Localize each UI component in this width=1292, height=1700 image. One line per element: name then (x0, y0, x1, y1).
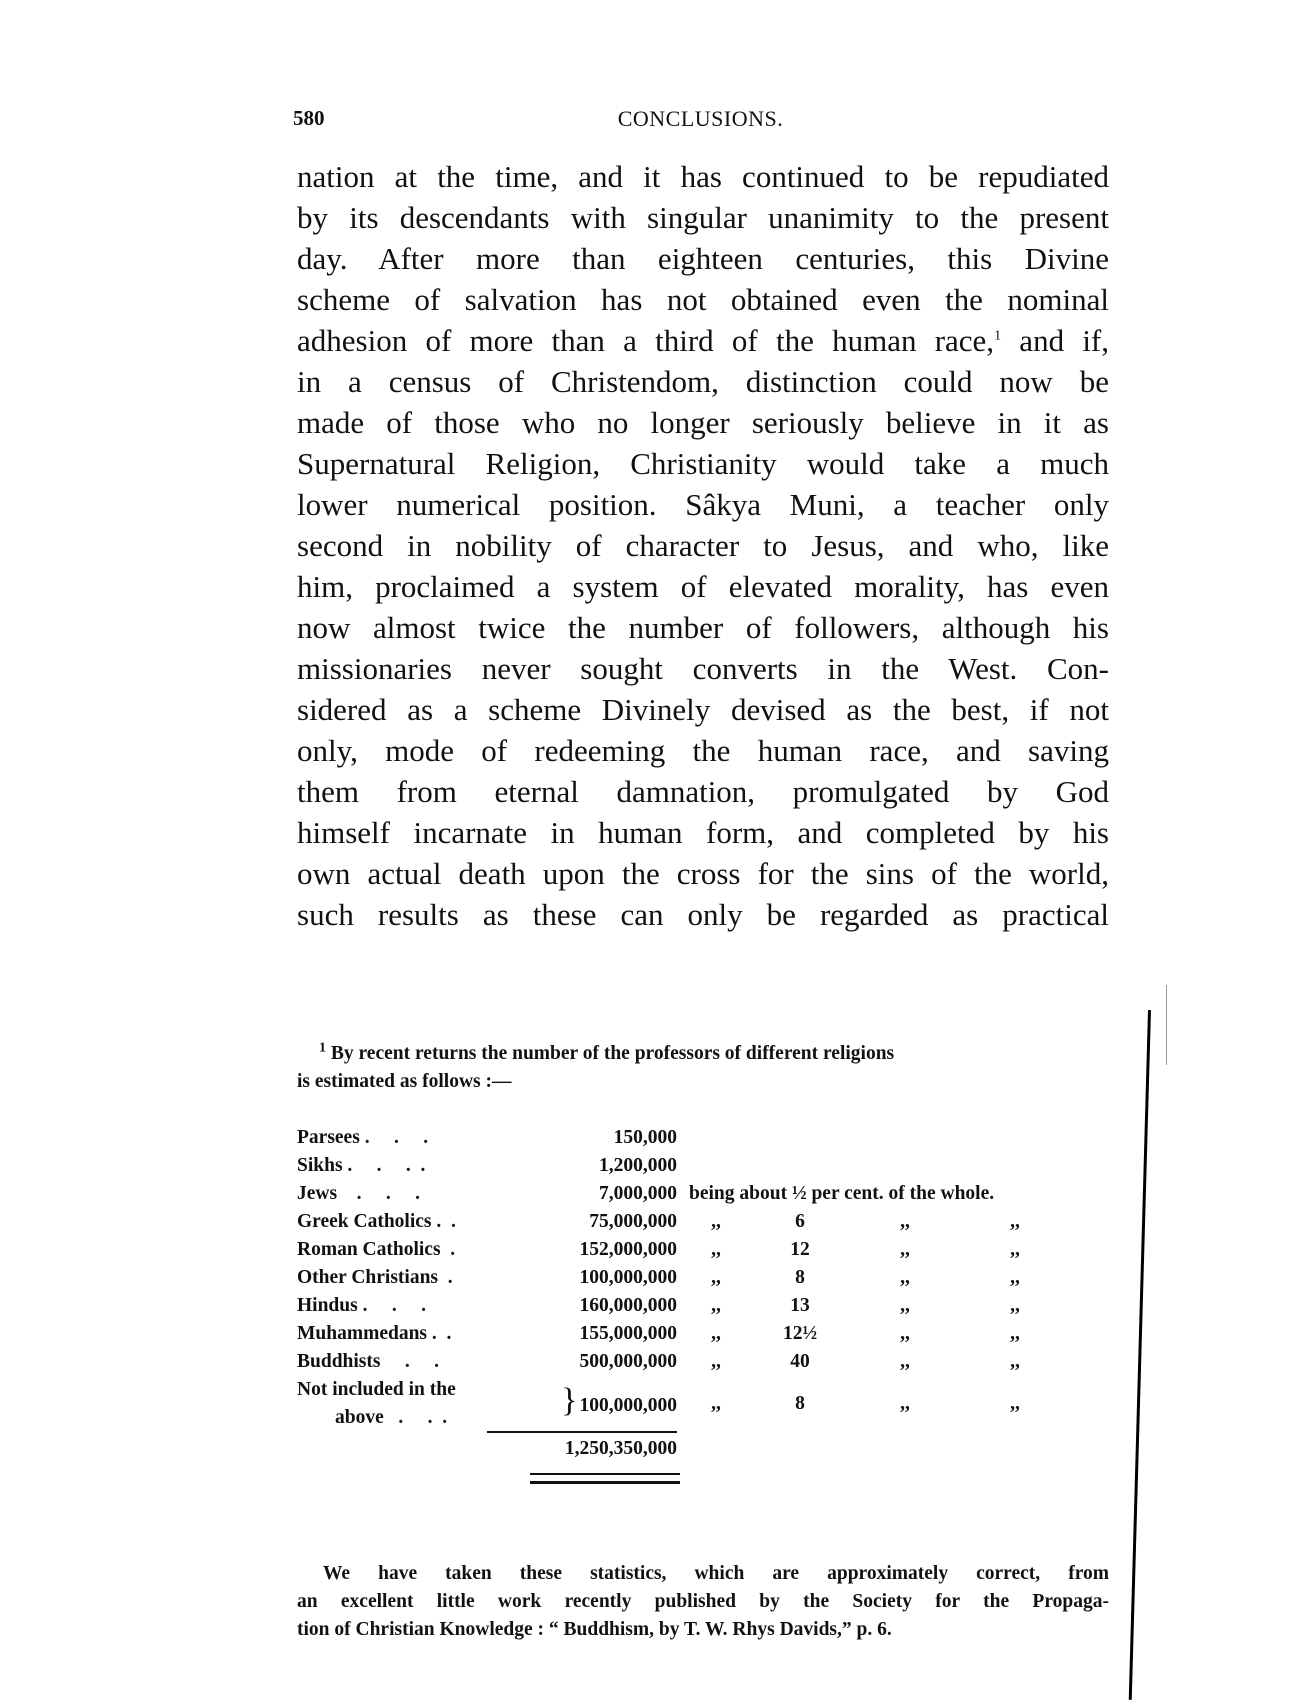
ditto-mark: ,, (965, 1376, 1065, 1432)
footnote-marker: 1 (319, 1041, 326, 1056)
brace-icon: } (561, 1382, 577, 1419)
body-line: nation at the time, and it has continued… (297, 156, 1109, 197)
body-line: second in nobility of character to Jesus… (297, 525, 1109, 566)
footnote-line: is estimated as follows :— (297, 1068, 1109, 1096)
religion-count: 100,000,000 (580, 1395, 678, 1416)
body-line: in a census of Christendom, distinction … (297, 361, 1109, 402)
table-row: Muhammedans . . 155,000,000 ,, 12½ ,, ,, (297, 1320, 1065, 1348)
table-row: Hindus . . . 160,000,000 ,, 13 ,, ,, (297, 1292, 1065, 1320)
ditto-mark: ,, (677, 1348, 755, 1376)
body-line: himself incarnate in human form, and com… (297, 812, 1109, 853)
religion-name: Other Christians (297, 1267, 438, 1288)
footnote-reference: 1 (994, 329, 1001, 344)
footnote: 1 By recent returns the number of the pr… (297, 1040, 1109, 1096)
ditto-mark: ,, (965, 1320, 1065, 1348)
ditto-mark: ,, (965, 1236, 1065, 1264)
religion-count: 7,000,000 (487, 1180, 677, 1208)
ditto-mark: ,, (845, 1376, 965, 1432)
ditto-mark: ,, (845, 1236, 965, 1264)
religion-name: Sikhs (297, 1155, 343, 1176)
religion-name: Roman Catholics (297, 1239, 441, 1260)
percent-value: 6 (755, 1208, 845, 1236)
ditto-mark: ,, (845, 1292, 965, 1320)
body-line: lower numerical position. Sâkya Muni, a … (297, 484, 1109, 525)
ditto-mark: ,, (965, 1208, 1065, 1236)
body-line: them from eternal damnation, promulgated… (297, 771, 1109, 812)
running-head: 580 CONCLUSIONS. (293, 106, 1108, 136)
table-row: Buddhists . . 500,000,000 ,, 40 ,, ,, (297, 1348, 1065, 1376)
percent-value: 12½ (755, 1320, 845, 1348)
body-line: day. After more than eighteen centuries,… (297, 238, 1109, 279)
total-row: 1,250,350,000 (297, 1432, 1065, 1463)
body-line: own actual death upon the cross for the … (297, 853, 1109, 894)
religion-name: Greek Catholics (297, 1211, 432, 1232)
table-row: Roman Catholics . 152,000,000 ,, 12 ,, ,… (297, 1236, 1065, 1264)
ditto-mark: ,, (677, 1292, 755, 1320)
religion-name: Not included in the (297, 1376, 487, 1404)
percent-value: 12 (755, 1236, 845, 1264)
percent-phrase: being about ½ per cent. of the whole. (677, 1180, 1065, 1208)
ditto-mark: ,, (677, 1208, 755, 1236)
table-row: Parsees . . . 150,000 (297, 1124, 1065, 1152)
body-line: missionaries never sought converts in th… (297, 648, 1109, 689)
ditto-mark: ,, (677, 1320, 755, 1348)
table-row: Greek Catholics . . 75,000,000 ,, 6 ,, ,… (297, 1208, 1065, 1236)
religion-name: Buddhists (297, 1351, 380, 1372)
table-row: Other Christians . 100,000,000 ,, 8 ,, ,… (297, 1264, 1065, 1292)
religion-name: Jews (297, 1183, 337, 1204)
double-rule (530, 1473, 680, 1484)
percent-value: 8 (755, 1376, 845, 1432)
source-note: We have taken these statistics, which ar… (297, 1560, 1109, 1644)
running-title: CONCLUSIONS. (293, 106, 1108, 132)
footnote-line: 1 By recent returns the number of the pr… (297, 1040, 1109, 1068)
table-row: Jews . . . 7,000,000 being about ½ per c… (297, 1180, 1065, 1208)
body-line: by its descendants with singular unanimi… (297, 197, 1109, 238)
source-line: an excellent little work recently publis… (297, 1588, 1109, 1616)
percent-value: 40 (755, 1348, 845, 1376)
body-line: scheme of salvation has not obtained eve… (297, 279, 1109, 320)
ditto-mark: ,, (845, 1264, 965, 1292)
religion-count: 500,000,000 (487, 1348, 677, 1376)
body-line: made of those who no longer seriously be… (297, 402, 1109, 443)
religion-count: 160,000,000 (487, 1292, 677, 1320)
ditto-mark: ,, (677, 1264, 755, 1292)
religion-count: 155,000,000 (487, 1320, 677, 1348)
religion-count: 75,000,000 (487, 1208, 677, 1236)
religion-name: Muhammedans (297, 1323, 427, 1344)
total-count: 1,250,350,000 (487, 1432, 677, 1463)
ditto-mark: ,, (845, 1320, 965, 1348)
page-edge-line (1129, 1010, 1151, 1700)
religion-count: 152,000,000 (487, 1236, 677, 1264)
ditto-mark: ,, (677, 1236, 755, 1264)
body-line: only, mode of redeeming the human race, … (297, 730, 1109, 771)
source-line: We have taken these statistics, which ar… (297, 1560, 1109, 1588)
ditto-mark: ,, (845, 1208, 965, 1236)
body-line: such results as these can only be regard… (297, 894, 1109, 935)
religion-name: Hindus (297, 1295, 358, 1316)
table-row: Sikhs . . . . 1,200,000 (297, 1152, 1065, 1180)
religion-name: Parsees (297, 1127, 360, 1148)
ditto-mark: ,, (677, 1376, 755, 1432)
religion-name-cont: above . . . (297, 1404, 487, 1432)
ditto-mark: ,, (965, 1348, 1065, 1376)
body-line: sidered as a scheme Divinely devised as … (297, 689, 1109, 730)
percent-value: 13 (755, 1292, 845, 1320)
ditto-mark: ,, (965, 1264, 1065, 1292)
book-page: 580 CONCLUSIONS. nation at the time, and… (0, 0, 1292, 1700)
ditto-mark: ,, (965, 1292, 1065, 1320)
table-row: Not included in the above . . . }100,000… (297, 1376, 1065, 1432)
percent-value: 8 (755, 1264, 845, 1292)
body-line: him, proclaimed a system of elevated mor… (297, 566, 1109, 607)
religion-count: 1,200,000 (487, 1152, 677, 1180)
religion-count: 100,000,000 (487, 1264, 677, 1292)
body-line: Supernatural Religion, Christianity woul… (297, 443, 1109, 484)
body-paragraph: nation at the time, and it has continued… (297, 156, 1109, 935)
page-edge-shadow (1166, 985, 1167, 1065)
ditto-mark: ,, (845, 1348, 965, 1376)
religion-count: 150,000 (487, 1124, 677, 1152)
religions-table: Parsees . . . 150,000 Sikhs . . . . 1,20… (297, 1124, 1065, 1463)
body-line: adhesion of more than a third of the hum… (297, 320, 1109, 361)
body-line: now almost twice the number of followers… (297, 607, 1109, 648)
source-line: tion of Christian Knowledge : “ Buddhism… (297, 1616, 1109, 1644)
